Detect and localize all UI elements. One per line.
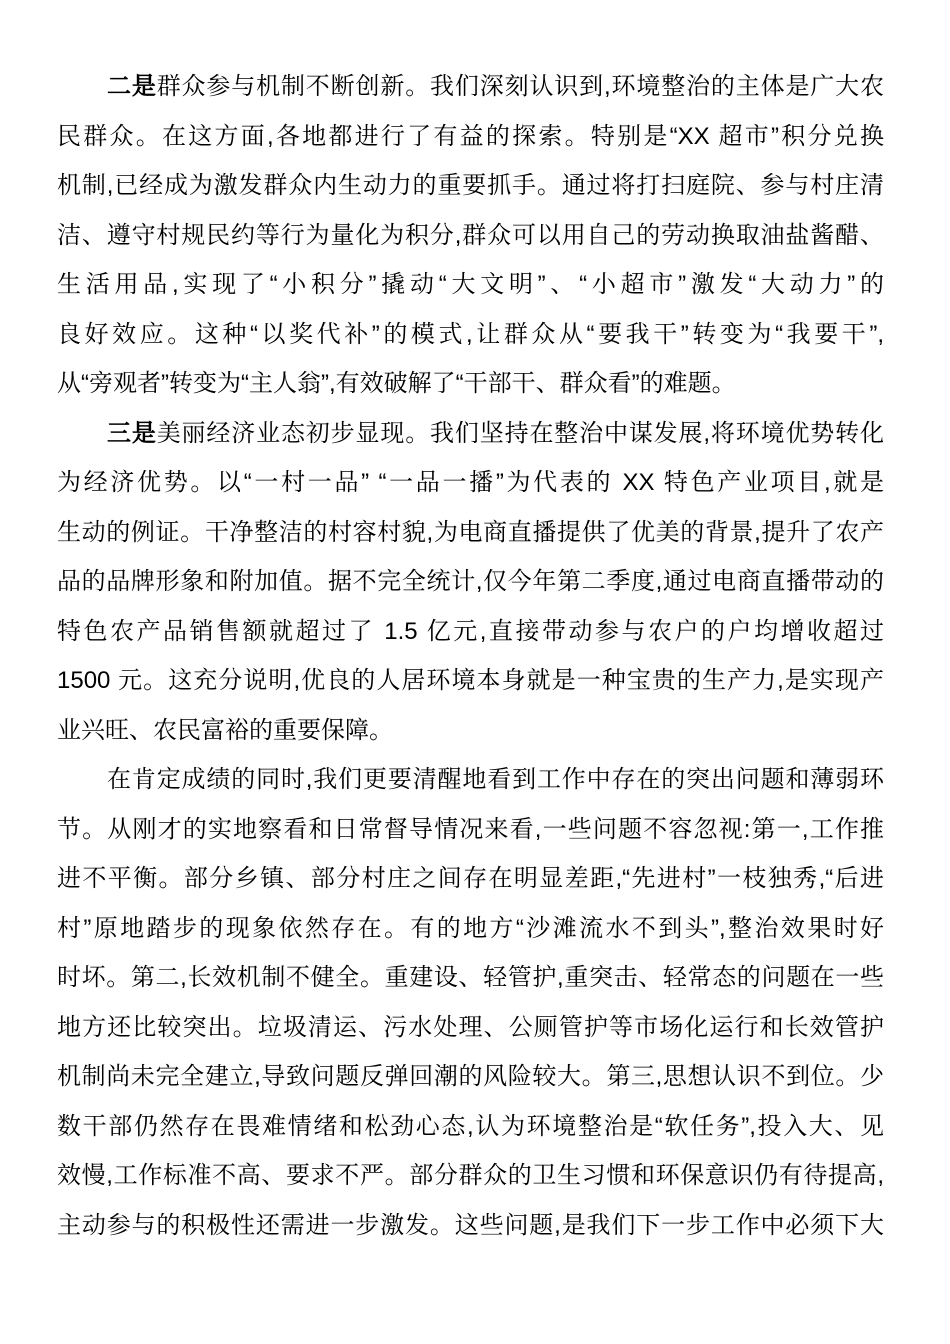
text-line: 数干部仍然存在畏难情绪和松劲心态,认为环境整治是“软任务”,投入大、见 xyxy=(57,1102,884,1152)
text-line: 1500 元。这充分说明,优良的人居环境本身就是一种宝贵的生产力,是实现产 xyxy=(57,656,884,706)
text-line: 机制尚未完全建立,导致问题反弹回潮的风险较大。第三,思想认识不到位。少 xyxy=(57,1052,884,1102)
text-line: 特色农产品销售额就超过了 1.5 亿元,直接带动参与农户的户均增收超过 xyxy=(57,607,884,657)
paragraph-lead: 二是 xyxy=(107,73,157,100)
text-line: 品的品牌形象和附加值。据不完全统计,仅今年第二季度,通过电商直播带动的 xyxy=(57,557,884,607)
text-line: 地方还比较突出。垃圾清运、污水处理、公厕管护等市场化运行和长效管护 xyxy=(57,1003,884,1053)
text-line: 进不平衡。部分乡镇、部分村庄之间存在明显差距,“先进村”一枝独秀,“后进 xyxy=(57,854,884,904)
text-line: 生活用品,实现了“小积分”撬动“大文明”、“小超市”激发“大动力”的 xyxy=(57,260,884,310)
text-run: 群众参与机制不断创新。我们深刻认识到,环境整治的主体是广大农 xyxy=(157,73,884,100)
text-line: 主动参与的积极性还需进一步激发。这些问题,是我们下一步工作中必须下大 xyxy=(57,1201,884,1251)
text-line: 机制,已经成为激发群众内生动力的重要抓手。通过将打扫庭院、参与村庄清 xyxy=(57,161,884,211)
text-line: 三是美丽经济业态初步显现。我们坚持在整治中谋发展,将环境优势转化 xyxy=(57,409,884,459)
text-line: 节。从刚才的实地察看和日常督导情况来看,一些问题不容忽视:第一,工作推 xyxy=(57,805,884,855)
document-body: 二是群众参与机制不断创新。我们深刻认识到,环境整治的主体是广大农 民群众。在这方… xyxy=(57,62,884,1250)
text-line: 时坏。第二,长效机制不健全。重建设、轻管护,重突击、轻常态的问题在一些 xyxy=(57,953,884,1003)
text-line: 在肯定成绩的同时,我们更要清醒地看到工作中存在的突出问题和薄弱环 xyxy=(57,755,884,805)
text-line: 良好效应。这种“以奖代补”的模式,让群众从“要我干”转变为“我要干”, xyxy=(57,310,884,360)
paragraph-point-two: 二是群众参与机制不断创新。我们深刻认识到,环境整治的主体是广大农 民群众。在这方… xyxy=(57,62,884,409)
paragraph-lead: 三是 xyxy=(107,420,157,447)
text-line: 生动的例证。干净整洁的村容村貌,为电商直播提供了优美的背景,提升了农产 xyxy=(57,508,884,558)
text-line: 民群众。在这方面,各地都进行了有益的探索。特别是“XX 超市”积分兑换 xyxy=(57,112,884,162)
text-line: 业兴旺、农民富裕的重要保障。 xyxy=(57,706,884,756)
text-line: 为经济优势。以“一村一品” “一品一播”为代表的 XX 特色产业项目,就是 xyxy=(57,458,884,508)
text-line: 效慢,工作标准不高、要求不严。部分群众的卫生习惯和环保意识仍有待提高, xyxy=(57,1151,884,1201)
paragraph-point-three: 三是美丽经济业态初步显现。我们坚持在整治中谋发展,将环境优势转化 为经济优势。以… xyxy=(57,409,884,756)
text-line: 二是群众参与机制不断创新。我们深刻认识到,环境整治的主体是广大农 xyxy=(57,62,884,112)
text-run: 美丽经济业态初步显现。我们坚持在整治中谋发展,将环境优势转化 xyxy=(157,420,884,447)
text-line: 村”原地踏步的现象依然存在。有的地方“沙滩流水不到头”,整治效果时好 xyxy=(57,904,884,954)
paragraph-problems: 在肯定成绩的同时,我们更要清醒地看到工作中存在的突出问题和薄弱环 节。从刚才的实… xyxy=(57,755,884,1250)
document-page: 二是群众参与机制不断创新。我们深刻认识到,环境整治的主体是广大农 民群众。在这方… xyxy=(0,0,950,1344)
text-line: 洁、遵守村规民约等行为量化为积分,群众可以用自己的劳动换取油盐酱醋、 xyxy=(57,211,884,261)
text-line: 从“旁观者”转变为“主人翁”,有效破解了“干部干、群众看”的难题。 xyxy=(57,359,884,409)
